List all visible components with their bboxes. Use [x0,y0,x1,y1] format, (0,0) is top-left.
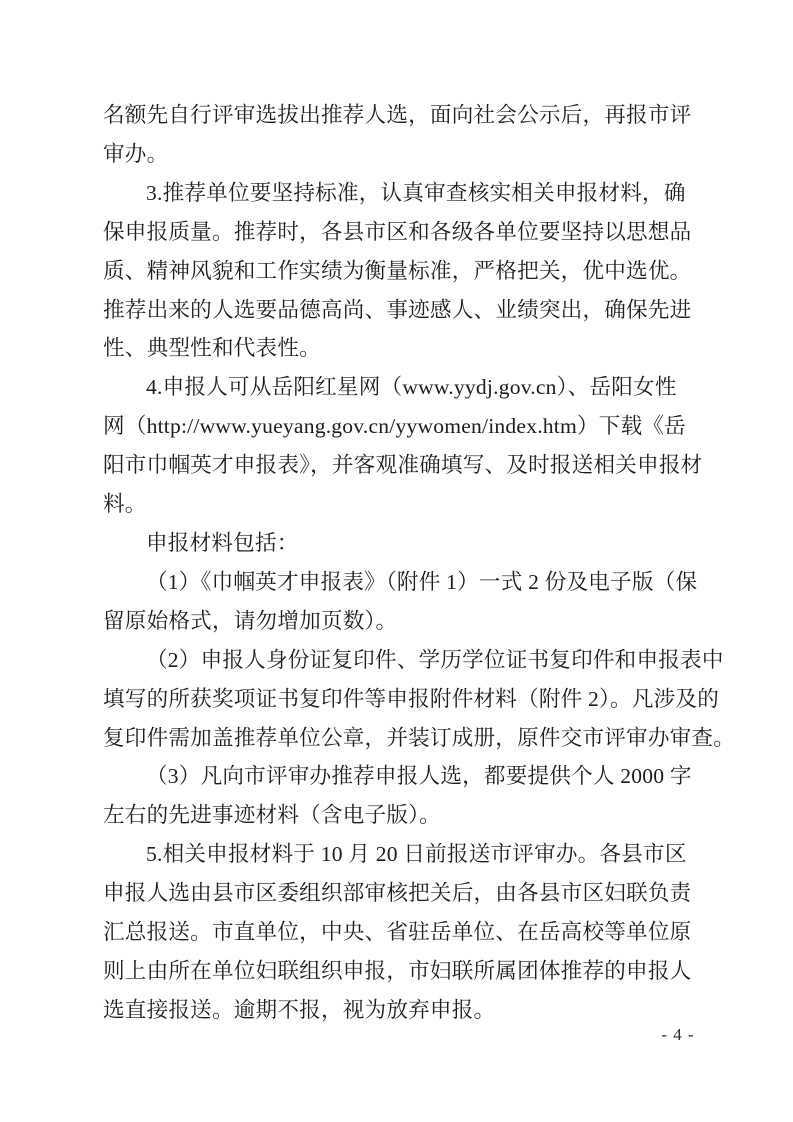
document-body: 名额先自行评审选拔出推荐人选，面向社会公示后，再报市评 审办。 3.推荐单位要坚… [103,96,703,1030]
text-line: 网（http://www.yueyang.gov.cn/yywomen/inde… [103,407,703,446]
text-line: 申报材料包括： [103,524,703,563]
text-line: （1）《巾帼英才申报表》（附件 1）一式 2 份及电子版（保 [103,563,703,602]
text-line: 申报人选由县市区委组织部审核把关后，由各县市区妇联负责 [103,874,703,913]
text-line: 推荐出来的人选要品德高尚、事迹感人、业绩突出，确保先进 [103,291,703,330]
page-number: - 4 - [637,1024,719,1046]
text-line: 保申报质量。推荐时，各县市区和各级各单位要坚持以思想品 [103,213,703,252]
text-line: 3.推荐单位要坚持标准，认真审查核实相关申报材料，确 [103,174,703,213]
text-line: （2）申报人身份证复印件、学历学位证书复印件和申报表中 [103,641,703,680]
text-line: 填写的所获奖项证书复印件等申报附件材料（附件 2）。凡涉及的 [103,680,703,719]
text-line: 留原始格式，请勿增加页数）。 [103,602,703,641]
text-line: 5.相关申报材料于 10 月 20 日前报送市评审办。各县市区 [103,835,703,874]
text-line: 则上由所在单位妇联组织申报，市妇联所属团体推荐的申报人 [103,952,703,991]
text-line: 4.申报人可从岳阳红星网（www.yydj.gov.cn）、岳阳女性 [103,368,703,407]
text-line: （3）凡向市评审办推荐申报人选，都要提供个人 2000 字 [103,757,703,796]
text-line: 质、精神风貌和工作实绩为衡量标准，严格把关，优中选优。 [103,252,703,291]
text-line: 性、典型性和代表性。 [103,329,703,368]
document-page: 名额先自行评审选拔出推荐人选，面向社会公示后，再报市评 审办。 3.推荐单位要坚… [0,0,793,1122]
text-line: 选直接报送。逾期不报，视为放弃申报。 [103,991,703,1030]
text-line: 料。 [103,485,703,524]
text-line: 阳市巾帼英才申报表》，并客观准确填写、及时报送相关申报材 [103,446,703,485]
text-line: 左右的先进事迹材料（含电子版）。 [103,796,703,835]
text-line: 审办。 [103,135,703,174]
text-line: 复印件需加盖推荐单位公章，并装订成册，原件交市评审办审查。 [103,719,703,758]
text-line: 名额先自行评审选拔出推荐人选，面向社会公示后，再报市评 [103,96,703,135]
text-line: 汇总报送。市直单位，中央、省驻岳单位、在岳高校等单位原 [103,913,703,952]
